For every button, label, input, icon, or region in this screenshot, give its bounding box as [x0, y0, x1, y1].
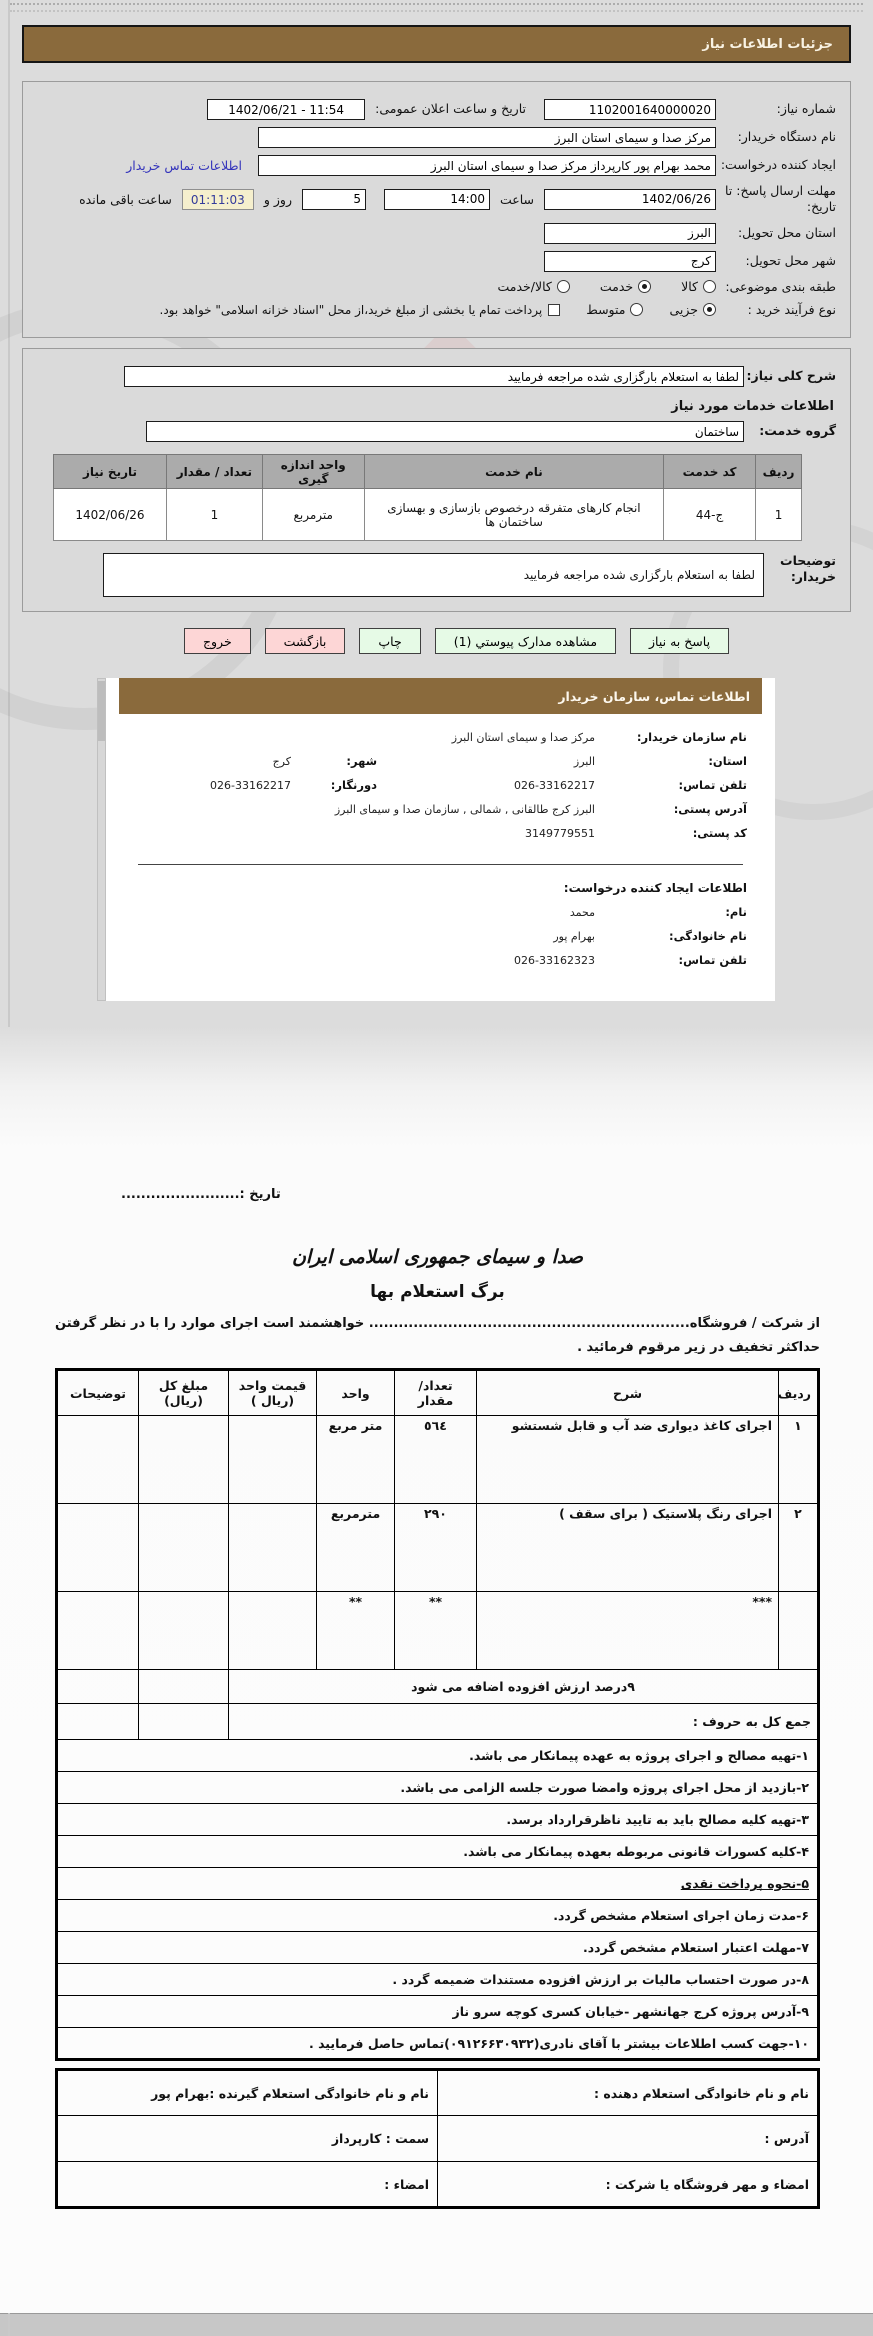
col-row-index: ردیف	[756, 455, 802, 489]
doc-note-row: ۶-مدت زمان اجرای استعلام مشخص گردد.	[57, 1900, 819, 1932]
city-label: شهر:	[291, 754, 377, 768]
card-divider	[138, 864, 743, 865]
phone-value: 026-33162217	[377, 779, 595, 792]
inquiry-item-row: *** ** **	[57, 1592, 819, 1670]
first-name-label: نام:	[595, 905, 747, 919]
col-unit-price: قیمت واحد (ریال )	[229, 1370, 317, 1416]
col-need-date: تاریخ نیاز	[54, 455, 167, 489]
delivery-province-field[interactable]	[544, 223, 716, 244]
first-name-value: محمد	[377, 906, 595, 919]
view-attachments-button[interactable]: مشاهده مدارک پیوستي (1)	[435, 628, 616, 654]
doc-note-row: ۲-بازدید از محل اجرای پروژه وامضا صورت ج…	[57, 1772, 819, 1804]
marquee-strip	[10, 3, 863, 12]
radio-selected-icon[interactable]	[638, 280, 651, 293]
phone-label: تلفن تماس:	[595, 778, 747, 792]
card-scrollbar[interactable]	[97, 678, 106, 1001]
treasury-checkbox-option[interactable]: پرداخت تمام یا بخشی از مبلغ خرید،از محل …	[160, 303, 561, 317]
doc-note-row: ۱-تهیه مصالح و اجرای پروژه به عهده پیمان…	[57, 1740, 819, 1772]
creator-phone-value: 026-33162323	[377, 954, 595, 967]
delivery-city-field[interactable]	[544, 251, 716, 272]
buyer-org-field[interactable]	[258, 127, 716, 148]
checkbox-icon[interactable]	[548, 304, 560, 316]
need-number-label: شماره نیاز:	[716, 101, 836, 117]
requester-label: ایجاد کننده درخواست:	[716, 157, 836, 173]
inquiry-item-row: ۲ اجرای رنگ پلاستیک ( برای سقف ) ۲۹۰ متر…	[57, 1504, 819, 1592]
col-description: شرح	[477, 1370, 779, 1416]
scrollbar-thumb[interactable]	[98, 681, 105, 741]
last-name-label: نام خانوادگی:	[595, 929, 747, 943]
col-row: ردیف	[779, 1370, 819, 1416]
announce-datetime-label: تاریخ و ساعت اعلان عمومی:	[375, 101, 526, 117]
radio-medium[interactable]: متوسط	[586, 302, 643, 317]
postal-address-value: البرز کرج طالقانی , شمالی , سازمان صدا و…	[335, 803, 595, 816]
col-quantity: تعداد/ مقدار	[395, 1370, 477, 1416]
need-description-label: شرح کلی نیاز:	[744, 368, 836, 384]
doc-note-row: ۹-آدرس پروژه کرج جهانشهر -خیابان کسری کو…	[57, 1996, 819, 2028]
org-name-label: نام سازمان خریدار:	[595, 730, 747, 744]
contact-card-header: اطلاعات تماس، سازمان خریدار	[119, 678, 762, 714]
radio-icon[interactable]	[557, 280, 570, 293]
doc-note-row: ۸-در صورت احتساب مالیات بر ارزش افزوده م…	[57, 1964, 819, 1996]
radio-goods-service[interactable]: کالا/خدمت	[497, 279, 569, 294]
inquiry-receiver-name-cell: نام و نام خانوادگی استعلام گیرنده :بهرام…	[57, 2070, 438, 2116]
last-name-value: بهرام پور	[377, 930, 595, 943]
services-table: ردیف کد خدمت نام خدمت واحد اندازه گیری ت…	[53, 454, 802, 541]
treasury-note-label: پرداخت تمام یا بخشی از مبلغ خرید،از محل …	[160, 303, 543, 317]
buyer-notes-field[interactable]: لطفا به استعلام بارگزاری شده مراجعه فرما…	[103, 553, 764, 597]
col-remarks: توضیحات	[57, 1370, 139, 1416]
doc-organization-line: صدا و سیمای جمهوری اسلامی ایران	[55, 1246, 820, 1268]
province-value: البرز	[377, 755, 595, 768]
radio-icon[interactable]	[703, 280, 716, 293]
vat-row: ۹درصد ارزش افزوده اضافه می شود	[57, 1670, 819, 1704]
delivery-city-label: شهر محل تحویل:	[716, 253, 836, 269]
signature-table: نام و نام خانوادگی استعلام دهنده : نام و…	[55, 2068, 820, 2209]
inquiry-document: تاریخ :........................ صدا و سی…	[0, 1027, 873, 2313]
services-panel: شرح کلی نیاز: اطلاعات خدمات مورد نیاز گر…	[22, 348, 851, 612]
days-label: روز و	[264, 192, 292, 207]
requester-field[interactable]	[258, 155, 716, 176]
buyer-contact-link[interactable]: اطلاعات تماس خریدار	[126, 158, 242, 173]
need-description-field[interactable]	[124, 366, 744, 387]
signature-row: امضاء و مهر فروشگاه یا شرکت : امضاء :	[57, 2162, 819, 2208]
radio-partial[interactable]: جزیی	[669, 302, 716, 317]
fax-label: دورنگار:	[291, 778, 377, 792]
inquiry-item-row: ۱ اجرای کاغذ دیواری ضد آب و قابل شستشو ٥…	[57, 1416, 819, 1504]
radio-icon[interactable]	[630, 303, 643, 316]
inquiry-issuer-name-cell: نام و نام خانوادگی استعلام دهنده :	[438, 2070, 819, 2116]
footer-bar	[0, 2313, 873, 2336]
doc-title: برگ استعلام بها	[55, 1282, 820, 1302]
signature-row: نام و نام خانوادگی استعلام دهنده : نام و…	[57, 2070, 819, 2116]
doc-note-row: ۷-مهلت اعتبار استعلام مشخص گردد.	[57, 1932, 819, 1964]
org-name-value: مرکز صدا و سیمای استان البرز	[377, 731, 595, 744]
col-qty: تعداد / مقدار	[166, 455, 262, 489]
city-value: کرج	[273, 755, 291, 768]
radio-service[interactable]: خدمت	[600, 279, 651, 294]
services-table-header-row: ردیف کد خدمت نام خدمت واحد اندازه گیری ت…	[54, 455, 802, 489]
doc-note-row: ۴-کلیه کسورات قانونی مربوطه بعهده پیمانک…	[57, 1836, 819, 1868]
doc-date-line: تاریخ :........................	[121, 1187, 281, 1202]
remaining-label: ساعت باقی مانده	[79, 192, 172, 207]
service-row: 1 ج-44 انجام کارهای متفرقه درخصوص بازساز…	[54, 489, 802, 541]
creator-section-heading: اطلاعات ایجاد کننده درخواست:	[134, 881, 747, 895]
fax-value: 026-33162217	[210, 779, 291, 792]
process-type-label: نوع فرآیند خرید :	[716, 302, 836, 318]
category-label: طبقه بندی موضوعی:	[716, 279, 836, 295]
doc-note-row: ۵-نحوه پرداخت نقدی	[57, 1868, 819, 1900]
action-buttons: پاسخ به نیاز مشاهده مدارک پیوستي (1) چاپ…	[70, 628, 843, 654]
deadline-label: مهلت ارسال پاسخ: تا تاریخ:	[716, 183, 836, 216]
col-service-code: کد خدمت	[664, 455, 756, 489]
doc-note-row: ۱۰-جهت کسب اطلاعات بیشتر با آقای نادری(۰…	[57, 2028, 819, 2060]
price-inquiry-table: ردیف شرح تعداد/ مقدار واحد قیمت واحد (ری…	[55, 1368, 820, 2061]
buyer-notes-label: توضیحات خریدار:	[764, 553, 836, 597]
service-group-field[interactable]	[146, 421, 744, 442]
exit-button[interactable]: خروج	[184, 628, 251, 654]
inquiry-header-row: ردیف شرح تعداد/ مقدار واحد قیمت واحد (ری…	[57, 1370, 819, 1416]
col-unit: واحد	[317, 1370, 395, 1416]
need-info-panel: شماره نیاز: تاریخ و ساعت اعلان عمومی: نا…	[22, 81, 851, 338]
province-label: استان:	[595, 754, 747, 768]
countdown-timer: 01:11:03	[182, 189, 254, 210]
page-title: جزئیات اطلاعات نیاز	[22, 25, 851, 63]
service-group-label: گروه خدمت:	[744, 423, 836, 439]
creator-phone-label: تلفن تماس:	[595, 953, 747, 967]
delivery-province-label: استان محل تحویل:	[716, 225, 836, 241]
company-stamp-cell: امضاء و مهر فروشگاه یا شرکت :	[438, 2162, 819, 2208]
hour-label: ساعت	[500, 192, 534, 207]
total-in-words-row: جمع کل به حروف :	[57, 1704, 819, 1740]
page-title-label: جزئیات اطلاعات نیاز	[702, 37, 833, 52]
col-service-name: نام خدمت	[364, 455, 663, 489]
col-total-price: مبلغ کل (ریال)	[139, 1370, 229, 1416]
doc-intro-paragraph: از شرکت / فروشگاه.......................…	[55, 1312, 820, 1360]
deadline-time-field[interactable]	[384, 189, 490, 210]
postal-code-value: 3149779551	[377, 827, 595, 840]
radio-selected-icon[interactable]	[703, 303, 716, 316]
position-cell: سمت : کارپرداز	[57, 2116, 438, 2162]
print-button[interactable]: چاپ	[359, 628, 420, 654]
col-unit: واحد اندازه گیری	[262, 455, 364, 489]
days-remaining-field[interactable]	[302, 189, 366, 210]
postal-code-label: کد پستی:	[595, 826, 747, 840]
buyer-contact-card: اطلاعات تماس، سازمان خریدار نام سازمان خ…	[106, 678, 775, 1001]
reply-to-need-button[interactable]: پاسخ به نیاز	[630, 628, 729, 654]
announce-datetime-field[interactable]	[207, 99, 365, 120]
signature-cell: امضاء :	[57, 2162, 438, 2208]
deadline-date-field[interactable]	[544, 189, 716, 210]
doc-note-row: ۳-تهیه کلیه مصالح باید به تایید ناظرقرار…	[57, 1804, 819, 1836]
buyer-org-label: نام دستگاه خریدار:	[716, 129, 836, 145]
services-section-heading: اطلاعات خدمات مورد نیاز	[39, 399, 834, 414]
radio-goods[interactable]: کالا	[681, 279, 716, 294]
back-button[interactable]: بازگشت	[265, 628, 346, 654]
address-cell: آدرس :	[438, 2116, 819, 2162]
signature-row: آدرس : سمت : کارپرداز	[57, 2116, 819, 2162]
need-number-field[interactable]	[544, 99, 716, 120]
postal-address-label: آدرس پستی:	[595, 802, 747, 816]
